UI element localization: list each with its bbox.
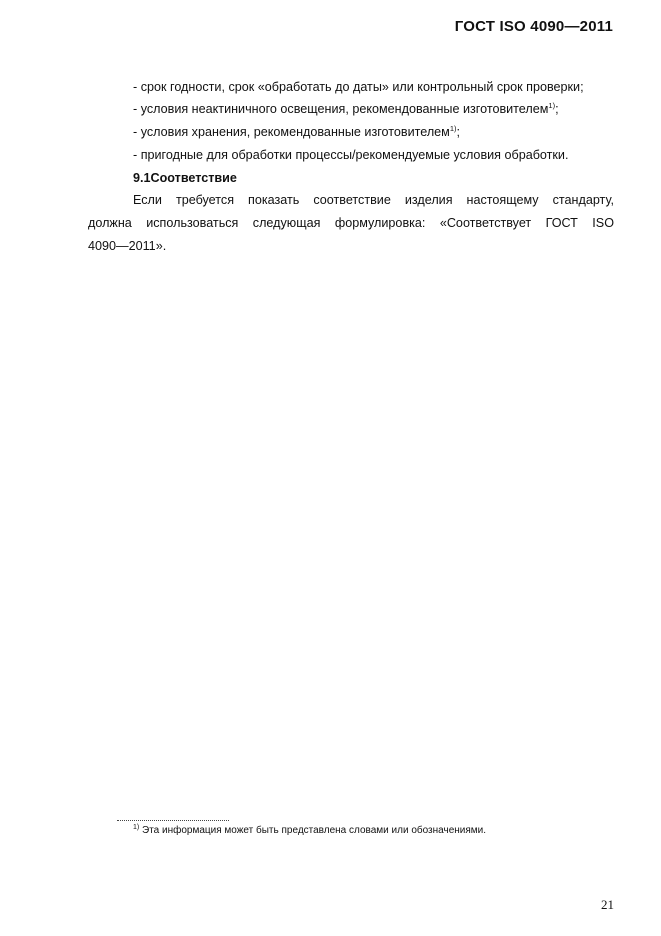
list-item: - условия хранения, рекомендованные изго… — [133, 125, 460, 139]
list-item: - срок годности, срок «обработать до дат… — [133, 80, 584, 94]
document-header-title: ГОСТ ISO 4090—2011 — [455, 18, 613, 35]
footnote-separator — [117, 820, 229, 821]
list-item-suffix: ; — [555, 102, 559, 116]
list-item-suffix: ; — [457, 125, 461, 139]
paragraph-line: Если требуется показать соответствие изд… — [133, 193, 614, 207]
list-item-text: - срок годности, срок «обработать до дат… — [133, 80, 584, 94]
page-number: 21 — [601, 897, 614, 913]
list-item-text: - пригодные для обработки процессы/реком… — [133, 148, 568, 162]
paragraph-line: должна использоваться следующая формулир… — [88, 216, 614, 230]
footnote: 1) Эта информация может быть представлен… — [133, 825, 486, 836]
footnote-ref: 1) — [450, 124, 457, 133]
footnote-marker: 1) — [133, 824, 139, 831]
list-item: - пригодные для обработки процессы/реком… — [133, 148, 568, 162]
list-item: - условия неактиничного освещения, реком… — [133, 102, 559, 116]
section-heading: 9.1Соответствие — [133, 171, 237, 185]
list-item-text: - условия неактиничного освещения, реком… — [133, 102, 548, 116]
list-item-text: - условия хранения, рекомендованные изго… — [133, 125, 450, 139]
footnote-text: Эта информация может быть представлена с… — [142, 825, 486, 836]
paragraph-line: 4090—2011». — [88, 239, 166, 253]
